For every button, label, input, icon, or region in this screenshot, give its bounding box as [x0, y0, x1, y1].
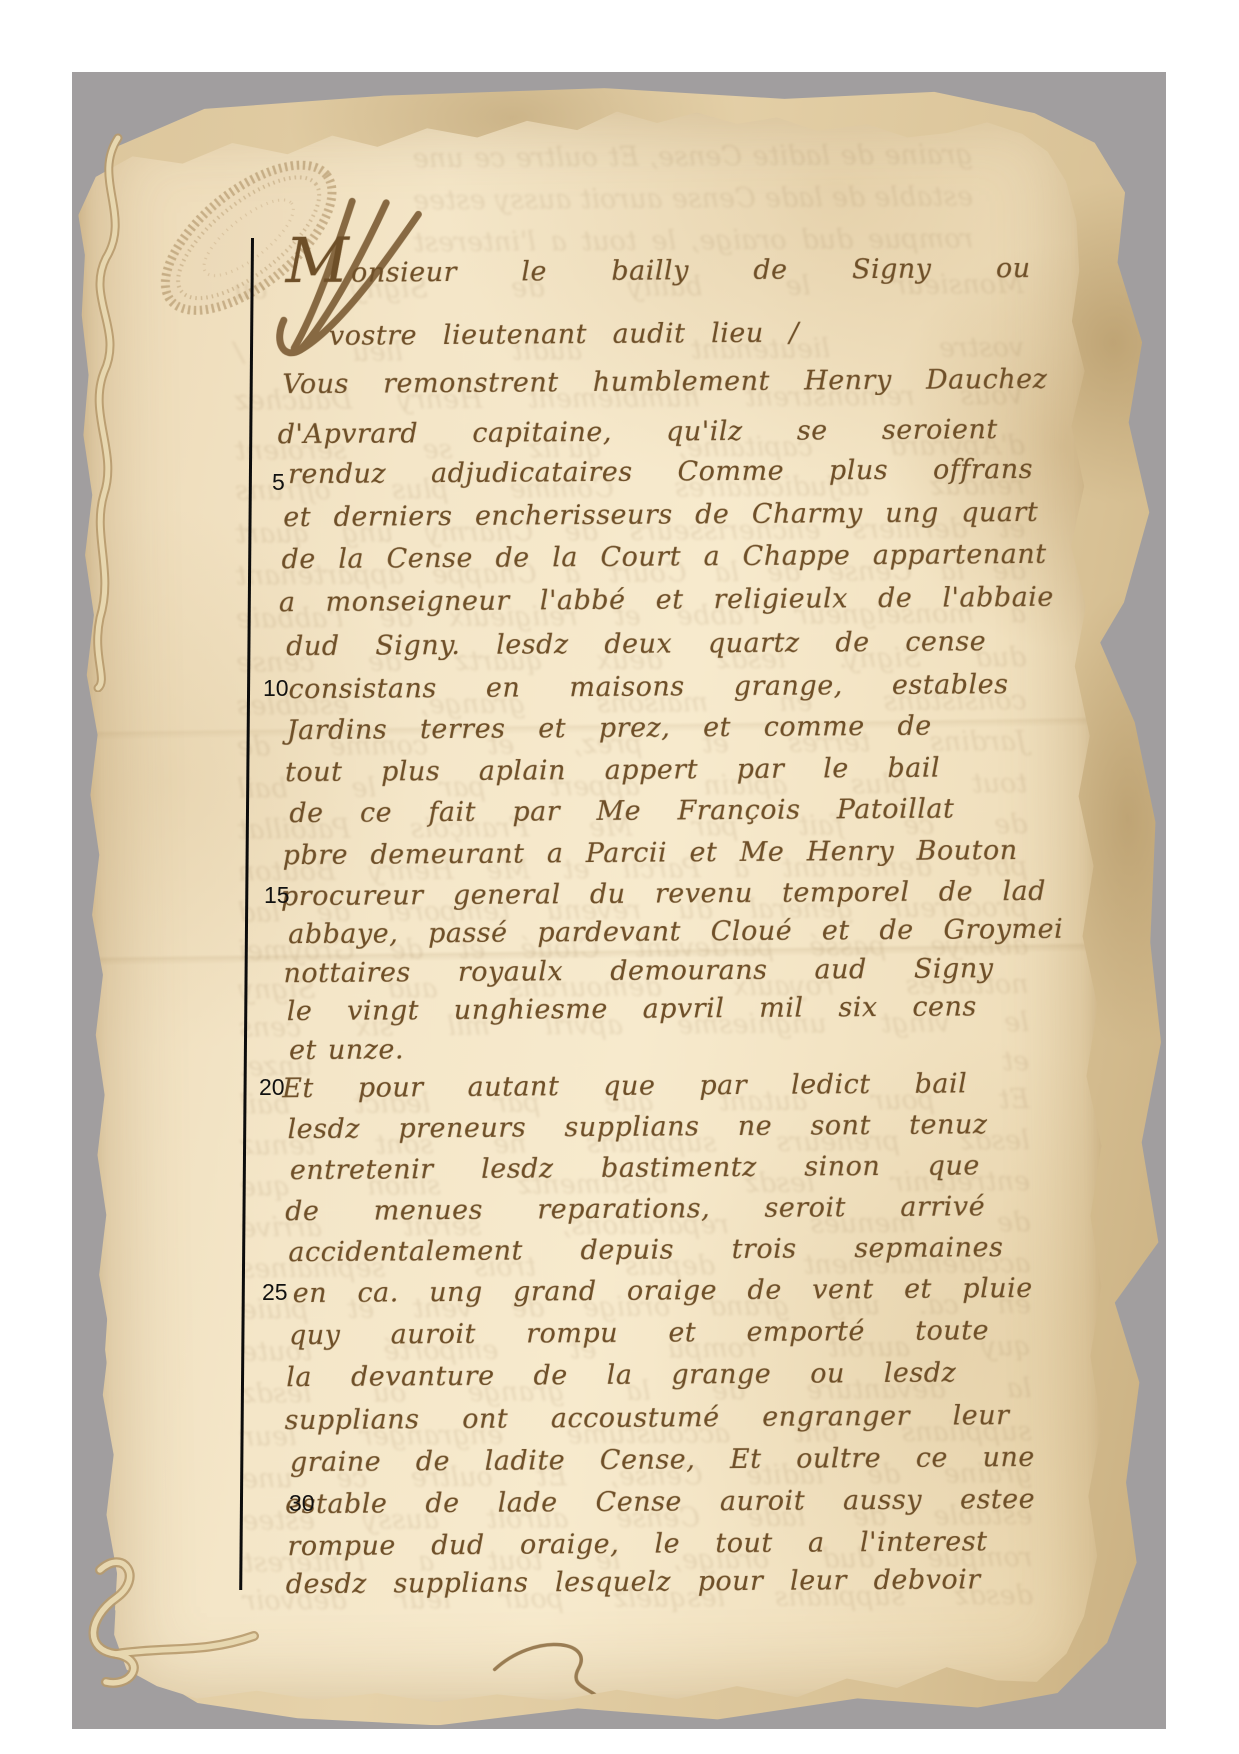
- line-number: 10: [263, 675, 289, 701]
- manuscript-line: a monseigneur l'abbé et religieulx de l'…: [279, 578, 1054, 627]
- manuscript-line: Jardins terres et prez, et comme de: [287, 707, 932, 756]
- manuscript-line: quy auroit rompu et emporté toute: [289, 1311, 989, 1360]
- manuscript-text: Monsieur le bailly de Signy ouvostre lie…: [82, 94, 1103, 1713]
- line-number: 15: [264, 882, 290, 908]
- manuscript-line: dud Signy. lesdz deux quartz de cense: [286, 622, 986, 671]
- scan-canvas: graine de ladite Cense, Et oultre ce une…: [0, 0, 1239, 1754]
- manuscript-line: la devanture de la grange ou lesdz: [286, 1353, 956, 1402]
- manuscript-line: Vous remonstrent humblement Henry Dauche…: [282, 360, 1047, 409]
- manuscript-line: desdz supplians lesquelz pour leur debvo…: [286, 1560, 981, 1609]
- manuscript-line: supplians ont accoustumé engranger leur: [284, 1396, 1009, 1445]
- pen-flourish-icon: [486, 1637, 637, 1734]
- line-number: 30: [289, 1490, 315, 1516]
- manuscript-line: vostre lieutenant audit lieu /: [329, 314, 799, 361]
- binding-thread-top-icon: [84, 132, 154, 692]
- line-number: 25: [262, 1279, 288, 1305]
- line-number: 5: [272, 469, 285, 495]
- line-number: 20: [259, 1074, 285, 1100]
- manuscript-line: de la Cense de la Court a Chappe apparte…: [281, 535, 1046, 584]
- manuscript-line: le vingt unghiesme apvril mil six cens: [287, 987, 977, 1036]
- manuscript-line: de ce fait par Me François Patoillat: [289, 789, 954, 838]
- manuscript-line: Monsieur le bailly de Signy ou: [285, 249, 1030, 298]
- parchment-page: graine de ladite Cense, Et oultre ce une…: [77, 91, 1109, 1717]
- manuscript-line: renduz adjudicataires Comme plus offrans: [288, 450, 1033, 499]
- photo-background: graine de ladite Cense, Et oultre ce une…: [72, 72, 1166, 1729]
- binding-thread-bottom-icon: [72, 1532, 262, 1702]
